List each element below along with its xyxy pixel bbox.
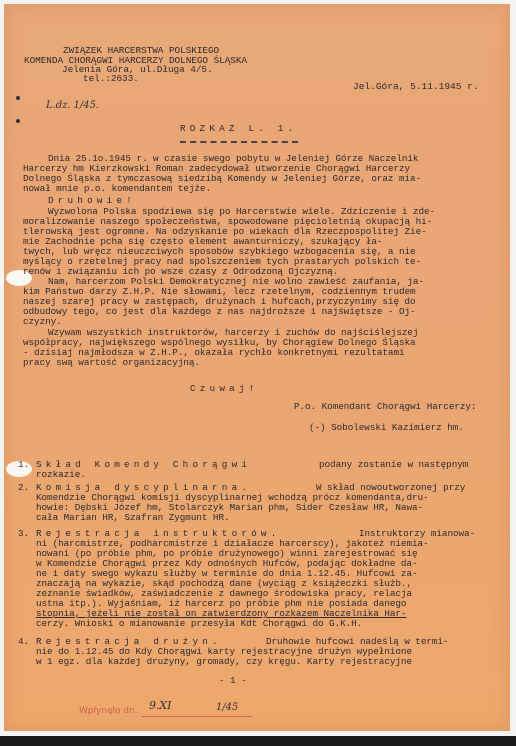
text-line: odbudowy tego, co jest dla każdego z nas… xyxy=(23,307,416,317)
item-number: 3. xyxy=(18,529,29,539)
text-line: w 1 egz. dla każdej drużyny, gromady, cz… xyxy=(36,657,412,667)
scan-bottom-edge xyxy=(0,736,516,746)
salutation: Druhowie! xyxy=(48,196,136,206)
place-date: Jel.Góra, 5.11.1945 r. xyxy=(353,82,479,92)
signature-title: P.o. Komendant Chorągwi Harcerzy: xyxy=(294,402,476,412)
text-line: cerzy. Wnioski o mianowanie przesyła Kdt… xyxy=(36,619,362,629)
handwritten-reference: L.dz. 1/45. xyxy=(46,101,99,111)
document-page: ZWIĄZEK HARCERSTWA POLSKIEGO KOMENDA CHO… xyxy=(4,4,510,731)
text-line: rozkazie. xyxy=(36,470,86,480)
stamp-underline xyxy=(142,716,252,717)
document-title: ROZKAZ L. 1. xyxy=(180,124,297,134)
punch-hole xyxy=(16,96,20,100)
stamp-label: Wpłynęło dn. xyxy=(79,706,137,716)
item-number: 4. xyxy=(18,637,29,647)
signature-name: (-) Sobolewski Kazimierz hm. xyxy=(309,423,464,433)
letterhead-phone: tel.:2633. xyxy=(83,74,139,84)
text-line: czyzny. xyxy=(23,317,62,327)
text-line: nował mnie p.o. komendantem tejże. xyxy=(23,184,211,194)
item-number: 2. xyxy=(18,483,29,493)
page-number: - 1 - xyxy=(219,676,247,686)
text-line: cała Marian HR, Szafran Zygmunt HR. xyxy=(36,513,230,523)
closing-czuwaj: Czuwaj! xyxy=(190,384,258,394)
punch-hole xyxy=(16,119,20,123)
text-line: podany zostanie w następnym xyxy=(319,460,468,470)
stamp-date: 9.XI xyxy=(149,701,171,711)
stamp-ref: 1/45 xyxy=(216,703,238,713)
text-line: pracy swą wartość organizacyjną. xyxy=(23,358,200,368)
item-number: 1. xyxy=(18,460,29,470)
title-underline xyxy=(180,141,298,143)
